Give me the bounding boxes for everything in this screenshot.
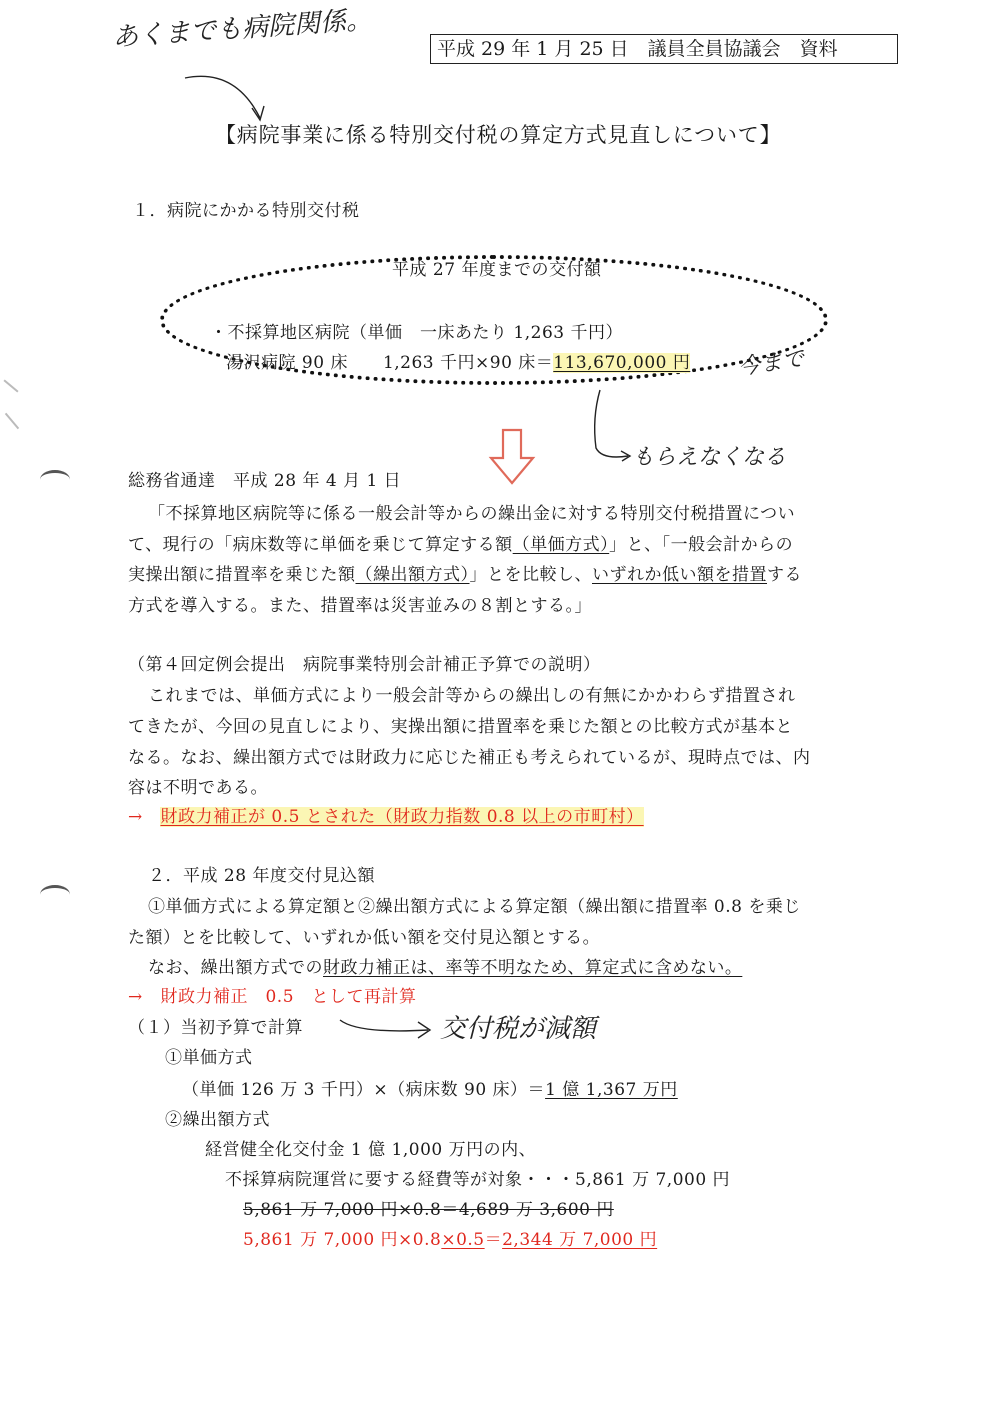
revised-formula-a: 5,861 万 7,000 円×0.8 <box>243 1230 441 1250</box>
handwritten-moraenaku: もらえなくなる <box>632 440 786 471</box>
red-arrow-icon: → <box>128 987 143 1007</box>
explanation-line-4: 容は不明である。 <box>128 778 268 798</box>
down-arrow-icon <box>487 428 537 486</box>
binder-hole-mark <box>40 470 70 489</box>
kuridashi-method-label: ②繰出額方式 <box>165 1110 270 1130</box>
revised-formula-eq: ＝ <box>485 1230 503 1250</box>
section2-line-3: なお、繰出額方式での財政力補正は、率等不明なため、算定式に含めない。 <box>148 958 742 978</box>
notice-line-2-b: 」と、「一般会計からの <box>609 535 793 555</box>
struck-formula: 5,861 万 7,000 円×0.8＝4,689 万 3,600 円 <box>243 1200 614 1220</box>
yuzawa-calc-prefix: 湯沢病院 90 床 1,263 千円×90 床＝ <box>226 353 553 373</box>
section2-line-3-a: なお、繰出額方式での <box>148 958 323 978</box>
section2-line-2: た額）とを比較して、いずれか低い額を交付見込額とする。 <box>128 928 600 948</box>
tanka-method-underlined: （単価方式） <box>513 535 610 555</box>
scan-smudge-mark <box>5 413 19 430</box>
notice-line-3-c: する <box>767 565 802 585</box>
notice-line-4: 方式を導入する。また、措置率は災害並みの８割とする。」 <box>128 596 592 616</box>
notice-heading: 総務省通達 平成 28 年 4 月 1 日 <box>128 471 401 491</box>
notice-line-3-b: 」とを比較し、 <box>470 565 593 585</box>
section2-heading: ２．平成 28 年度交付見込額 <box>148 866 375 886</box>
kuridashi-method-underlined: （繰出額方式） <box>356 565 470 585</box>
meeting-date-box: 平成 29 年 1 月 25 日 議員全員協議会 資料 <box>430 34 898 64</box>
kuridashi-line-2: 不採算病院運営に要する経費等が対象・・・5,861 万 7,000 円 <box>225 1170 730 1190</box>
notice-line-2-a: て、現行の「病床数等に単価を乗じて算定する額 <box>128 535 513 555</box>
tanka-method-label: ①単価方式 <box>165 1048 253 1068</box>
handwritten-note-hospital-related: あくまでも病院関係。 <box>111 0 373 54</box>
explanation-line-2: てきたが、今回の見直しにより、実操出額に措置率を乗じた額との比較方式が基本と <box>128 717 793 737</box>
initial-budget-heading: （１）当初予算で計算 <box>128 1018 303 1038</box>
explanation-line-3: なる。なお、繰出額方式では財政力に応じた補正も考えられているが、現時点では、内 <box>128 748 811 768</box>
notice-line-3: 実操出額に措置率を乗じた額（繰出額方式）」とを比較し、いずれか低い額を措置する <box>128 565 802 585</box>
struck-formula-text: 5,861 万 7,000 円×0.8＝ <box>243 1200 459 1220</box>
scan-smudge-mark <box>3 379 18 392</box>
revised-formula-multiplier: ×0.5 <box>441 1230 484 1250</box>
fiscal-correction-excluded: 財政力補正は、率等不明なため、算定式に含めない。 <box>323 958 742 978</box>
unit-price-line: ・不採算地区病院（単価 一床あたり 1,263 千円） <box>210 323 623 343</box>
document-title: 【病院事業に係る特別交付税の算定方式見直しについて】 <box>215 122 781 148</box>
yuzawa-total-amount: 113,670,000 円 <box>553 353 690 373</box>
revised-formula: 5,861 万 7,000 円×0.8×0.5＝2,344 万 7,000 円 <box>243 1230 657 1250</box>
revised-result: 2,344 万 7,000 円 <box>502 1230 657 1250</box>
explanation-heading: （第４回定例会提出 病院事業特別会計補正予算での説明） <box>128 655 601 675</box>
section2-line-1: ①単価方式による算定額と②繰出額方式による算定額（繰出額に措置率 0.8 を乗じ <box>148 897 801 917</box>
fiscal-correction-note: → 財政力補正が 0.5 とされた（財政力指数 0.8 以上の市町村） <box>128 807 644 827</box>
fiscal-correction-text: 財政力補正が 0.5 とされた（財政力指数 0.8 以上の市町村） <box>160 807 643 827</box>
kuridashi-line-1: 経営健全化交付金 1 億 1,000 万円の内、 <box>205 1140 536 1160</box>
tanka-formula-text: （単価 126 万 3 千円）×（病床数 90 床）＝ <box>182 1080 545 1100</box>
notice-line-3-a: 実操出額に措置率を乗じた額 <box>128 565 356 585</box>
section1-heading: １．病院にかかる特別交付税 <box>132 201 360 221</box>
tanka-method-formula: （単価 126 万 3 千円）×（病床数 90 床）＝1 億 1,367 万円 <box>182 1080 678 1100</box>
red-arrow-icon: → <box>128 807 143 827</box>
notice-line-2: て、現行の「病床数等に単価を乗じて算定する額（単価方式）」と、「一般会計からの <box>128 535 793 555</box>
notice-line-1: 「不採算地区病院等に係る一般会計等からの繰出金に対する特別交付税措置につい <box>148 504 795 524</box>
binder-hole-mark <box>40 885 70 904</box>
tanka-result: 1 億 1,367 万円 <box>545 1080 678 1100</box>
handwritten-arrow-icon <box>338 1012 438 1042</box>
struck-result: 4,689 万 3,600 円 <box>459 1200 614 1220</box>
recalc-text: 財政力補正 0.5 として再計算 <box>160 987 416 1007</box>
lower-amount-underlined: いずれか低い額を措置 <box>592 565 767 585</box>
explanation-line-1: これまでは、単価方式により一般会計等からの繰出しの有無にかかわらず措置され <box>148 686 796 706</box>
recalc-note: → 財政力補正 0.5 として再計算 <box>128 987 417 1007</box>
handwritten-arrow-icon <box>180 68 280 128</box>
yuzawa-calc-line: 湯沢病院 90 床 1,263 千円×90 床＝113,670,000 円 <box>226 353 690 373</box>
handwritten-koufuzei-gengaku: 交付税が減額 <box>440 1008 596 1045</box>
ellipse-title: 平成 27 年度までの交付額 <box>392 260 601 280</box>
